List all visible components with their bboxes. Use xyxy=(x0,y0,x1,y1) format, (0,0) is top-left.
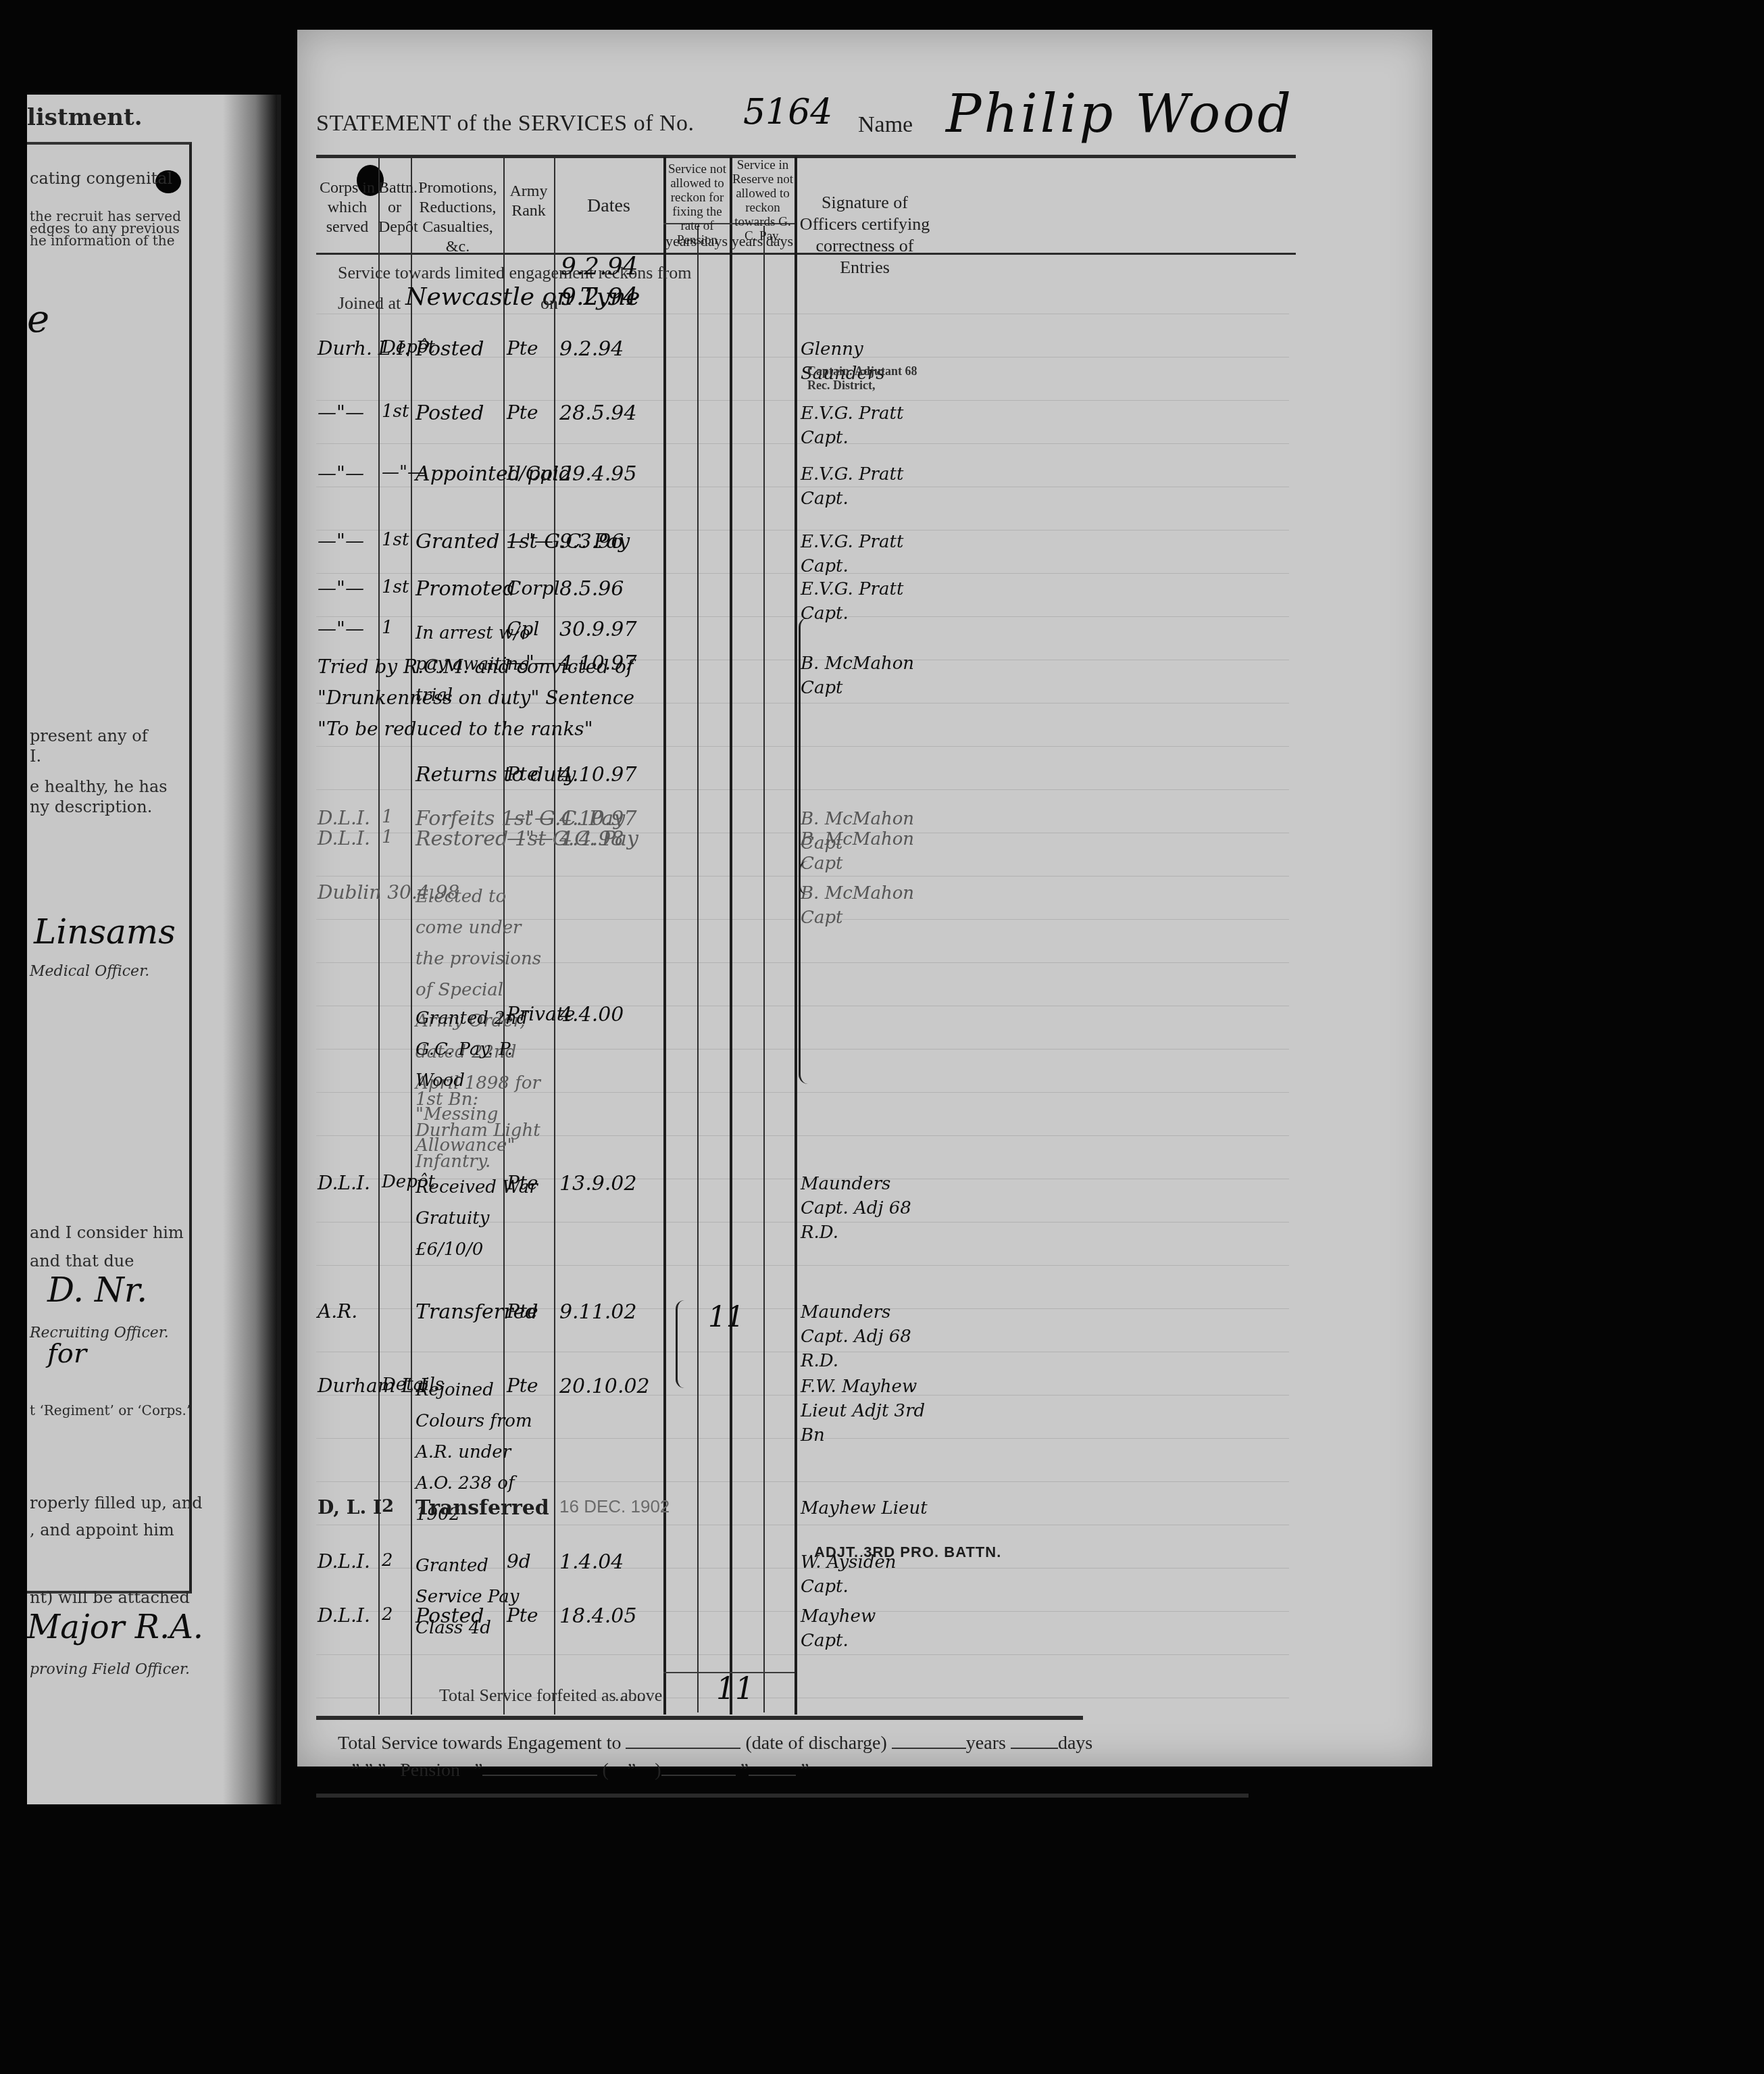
entry-rank: Pte xyxy=(507,1604,538,1627)
entry-rank: Pte xyxy=(507,763,538,785)
years-blank xyxy=(892,1748,966,1749)
pension-brace xyxy=(676,1300,684,1388)
column-divider xyxy=(411,157,412,1714)
entry-signature: Mayhew Lieut xyxy=(801,1496,929,1521)
engagement-total-row: Total Service towards Engagement to (dat… xyxy=(338,1733,1092,1754)
left-text-line: t ‘Regiment’ or ‘Corps.’ xyxy=(30,1402,191,1418)
header-signature: Signature of Officers certifying correct… xyxy=(797,192,932,278)
entry-date: 9.3.96 xyxy=(559,530,624,553)
entry-signature: E.V.G. Pratt Capt. xyxy=(801,577,929,626)
entry-promotion: Transferred xyxy=(415,1496,549,1520)
entry-corps: D.L.I. xyxy=(318,1550,370,1573)
entry-rank: Corpl xyxy=(507,577,560,599)
entry-rank: —"— xyxy=(507,651,553,674)
service-number: 5164 xyxy=(743,92,832,132)
entry-date: 4.10.97 xyxy=(559,651,637,675)
pension-blank xyxy=(482,1775,597,1776)
entry-corps: —"— xyxy=(318,577,364,599)
pension-total-row: ” ” ” Pension ” ( ” ) ” ” xyxy=(351,1760,809,1781)
header-gcpay-years: years xyxy=(731,231,763,251)
header-pension-years: years xyxy=(665,231,697,251)
column-divider xyxy=(795,157,797,1714)
entry-corps: —"— xyxy=(318,401,364,424)
ditto-mark: ” xyxy=(474,1760,482,1781)
left-text-line: cating congenital xyxy=(30,169,172,188)
entry-date: 4.4.00 xyxy=(559,1003,624,1027)
column-divider xyxy=(697,226,699,1712)
recruiting-officer-for: for xyxy=(47,1338,86,1369)
left-text-line: nt) will be attached xyxy=(30,1588,190,1607)
entry-rank: Pte xyxy=(507,401,538,424)
left-text-line: roperly filled up, and xyxy=(30,1493,203,1512)
left-text-line: and that due xyxy=(30,1252,134,1270)
joined-label: Joined at xyxy=(338,293,401,314)
entry-battn: 2 xyxy=(382,1604,393,1625)
entry-signature: E.V.G. Pratt Capt. xyxy=(801,401,929,450)
column-divider xyxy=(730,157,732,1714)
soldier-name: Philip Wood xyxy=(946,84,1294,145)
footer-bottom-rule xyxy=(316,1794,1249,1798)
entry-date: 20.10.02 xyxy=(559,1375,650,1398)
entry-signature: E.V.G. Pratt Capt. xyxy=(801,462,929,511)
total-forfeited-days: 11 xyxy=(716,1672,754,1706)
left-text-line: Medical Officer. xyxy=(30,963,149,980)
entry-date: 4.10.97 xyxy=(559,763,637,787)
joined-on-label: on xyxy=(540,293,558,314)
entry-corps: D.L.I. xyxy=(318,1604,370,1627)
ruled-line xyxy=(316,314,1289,314)
entry-rank: Pte xyxy=(507,1375,538,1397)
adjutant-stamp: Captain. Adjutant 68 Rec. District, xyxy=(807,364,929,393)
entry-date: 9.2.94 xyxy=(559,337,624,361)
entry-corps: —"— xyxy=(318,618,364,640)
limited-engagement-label: Service towards limited engagement recko… xyxy=(338,263,691,283)
entry-date: 28.5.94 xyxy=(559,401,637,425)
field-officer-signature: Major R.A. xyxy=(27,1608,203,1646)
entry-battn: 1st xyxy=(382,577,409,597)
left-text-line: I. xyxy=(30,747,41,766)
ruled-line xyxy=(316,400,1289,401)
entry-rank: Pte xyxy=(507,1172,538,1194)
pension-years-blank xyxy=(661,1775,736,1776)
limited-engagement-date: 9.2.94 xyxy=(561,253,638,280)
entry-promotion: Posted xyxy=(415,1604,484,1628)
entry-signature: W. Aysiden Capt. xyxy=(801,1550,929,1599)
entry-signature: Mayhew Capt. xyxy=(801,1604,929,1653)
entry-promotion: Posted xyxy=(415,401,484,425)
years-label: years xyxy=(966,1733,1006,1754)
entry-promotion: Posted xyxy=(415,337,484,361)
footer-top-rule xyxy=(316,1716,1083,1720)
header-corps: Corps in which served xyxy=(316,178,378,237)
engagement-label: Total Service towards Engagement to xyxy=(338,1733,621,1754)
discharge-label: (date of discharge) xyxy=(745,1733,886,1754)
header-pension-days: days xyxy=(699,231,730,251)
column-divider xyxy=(554,157,555,1714)
left-text-line: , and appoint him xyxy=(30,1521,174,1539)
entry-signature: B. McMahon Capt xyxy=(801,827,929,876)
header-battn: Battn. or Depôt xyxy=(378,178,411,237)
entry-rank: Pte xyxy=(507,1300,538,1323)
entry-date: 30.9.97 xyxy=(559,618,637,641)
column-divider xyxy=(378,157,380,1714)
entry-corps: —"— xyxy=(318,530,364,552)
entry-rank: 9d xyxy=(507,1550,531,1573)
entry-signature: Maunders Capt. Adj 68 R.D. xyxy=(801,1172,929,1245)
entry-date: 29.4.95 xyxy=(559,462,637,486)
entry-corps: D.L.I. xyxy=(318,807,370,829)
column-divider xyxy=(763,226,765,1712)
entry-date: 4.4.98 xyxy=(559,827,624,851)
header-dates: Dates xyxy=(554,195,663,217)
joined-date: 9.2.94 xyxy=(561,283,638,311)
entry-corps: —"— xyxy=(318,462,364,485)
entry-signature: F.W. Mayhew Lieut Adjt 3rd Bn xyxy=(801,1375,929,1448)
ditto-mark: ” xyxy=(628,1760,636,1781)
recruiting-officer-signature: D. Nr. xyxy=(47,1270,147,1310)
entry-battn: 1 xyxy=(382,827,393,847)
entry-signature: B. McMahon Capt xyxy=(801,651,929,700)
statement-title: STATEMENT of the SERVICES of No. xyxy=(316,111,695,137)
entry-date: 1.4.04 xyxy=(559,1550,624,1574)
header-gcpay-days: days xyxy=(765,231,795,251)
days-blank xyxy=(1011,1748,1058,1749)
name-label: Name xyxy=(858,112,913,138)
header-rank: Army Rank xyxy=(503,182,554,221)
entry-battn: 1st xyxy=(382,401,409,422)
entry-date: 9.11.02 xyxy=(559,1300,637,1324)
column-divider xyxy=(663,157,666,1714)
left-text-line: and I consider him xyxy=(30,1223,184,1242)
entry-battn: 2 xyxy=(382,1496,394,1516)
entry-battn: 1 xyxy=(382,618,393,638)
pension-days-blank xyxy=(749,1775,796,1776)
entry-battn: 1st xyxy=(382,530,409,550)
entry-rank: —"— xyxy=(507,827,553,849)
header-promotions: Promotions, Reductions, Casualties, &c. xyxy=(412,178,503,257)
entry-rank: —"— xyxy=(507,530,553,552)
entry-date: 13.9.02 xyxy=(559,1172,637,1195)
entry-date: 18.4.05 xyxy=(559,1604,637,1628)
ditto-mark: ” xyxy=(740,1760,749,1781)
ditto-marks: ” ” ” xyxy=(351,1760,386,1781)
entry-corps: D.L.I. xyxy=(318,827,370,849)
entry-pension-days: 11 xyxy=(708,1300,744,1333)
entry-promotion: Returns to duty xyxy=(415,763,576,787)
handwriting-fragment: e xyxy=(27,297,49,341)
left-facing-page: listment. cating congenital the recruit … xyxy=(27,95,281,1804)
days-label: days xyxy=(1058,1733,1092,1754)
pension-label: Pension xyxy=(400,1760,460,1781)
service-statement-sheet: STATEMENT of the SERVICES of No. 5164 Na… xyxy=(297,30,1432,1767)
left-text-line: he information of the xyxy=(30,232,175,249)
left-text-line: e healthy, he has xyxy=(30,777,168,796)
left-text-line: ny description. xyxy=(30,797,152,816)
entry-date: 8.5.96 xyxy=(559,577,624,601)
entry-corps: A.R. xyxy=(318,1300,357,1323)
ruled-line xyxy=(316,1265,1289,1266)
total-forfeited-dots: ... ... xyxy=(615,1685,646,1706)
entry-promotion: Promoted xyxy=(415,577,515,601)
entry-corps: D.L.I. xyxy=(318,1172,370,1194)
left-text-line: present any of xyxy=(30,726,148,745)
page-gutter-shadow xyxy=(223,95,277,1804)
entry-signature: B. McMahon Capt xyxy=(801,881,929,930)
entry-rank: Pte xyxy=(507,337,538,360)
entry-corps: D, L. I xyxy=(318,1496,382,1519)
ruled-line xyxy=(316,1654,1289,1655)
engagement-blank xyxy=(626,1748,740,1749)
entry-signature: Maunders Capt. Adj 68 R.D. xyxy=(801,1300,929,1373)
left-page-title: listment. xyxy=(27,104,143,131)
header-top-rule xyxy=(316,155,1296,158)
entry-battn: 1 xyxy=(382,807,393,827)
ditto-mark: ” xyxy=(801,1760,809,1781)
entry-signature: E.V.G. Pratt Capt. xyxy=(801,530,929,578)
left-text-line: proving Field Officer. xyxy=(30,1661,190,1678)
signature-brace xyxy=(799,618,810,895)
left-page-form-box xyxy=(27,142,192,1594)
entry-rank: —"— xyxy=(507,807,553,829)
entry-promotion: 1st Bn: Durham Light Infantry. xyxy=(415,1084,551,1177)
entry-date: 16 DEC. 1902 xyxy=(559,1496,670,1517)
entry-battn: 2 xyxy=(382,1550,393,1571)
medical-officer-signature: Linsams xyxy=(34,912,176,952)
signature-brace xyxy=(799,861,810,1084)
entry-rank: Cpl xyxy=(507,618,539,640)
entry-rank: L/Cpl xyxy=(507,462,558,485)
